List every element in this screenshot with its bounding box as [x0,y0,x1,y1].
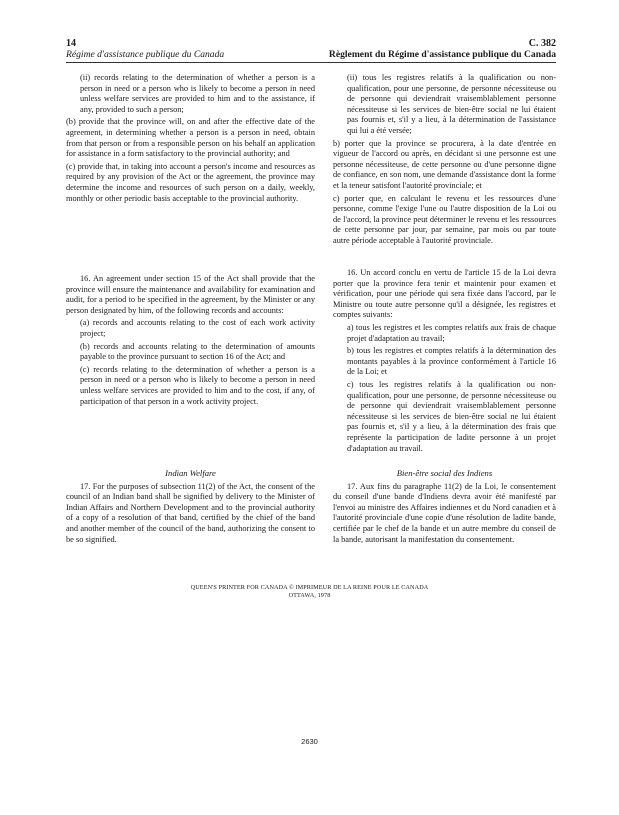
fr-section-16-a: a) tous les registres et les comptes rel… [333,323,556,344]
en-section-16-a: (a) records and accounts relating to the… [66,318,315,339]
fr-heading-indian-welfare: Bien-être social des Indiens [333,468,556,479]
fr-clause-c: c) porter que, en calculant le revenu et… [333,194,556,247]
page-number-left: 14 [66,38,328,49]
english-section-17: Indian Welfare 17. For the purposes of s… [66,468,315,545]
fr-section-16-c: c) tous les registres relatifs à la qual… [333,380,556,454]
en-section-17: 17. For the purposes of subsection 11(2)… [66,482,315,546]
french-section-16: 16. Un accord conclu en vertu de l'artic… [333,268,556,454]
chapter-number: C. 382 [327,38,556,49]
english-section-16: 16. An agreement under section 15 of the… [66,274,315,407]
header-title-left: Régime d'assistance publique du Canada [66,49,328,63]
imprint: QUEEN'S PRINTER FOR CANADA © IMPRIMEUR D… [0,584,619,600]
french-block-1: (ii) tous les registres relatifs à la qu… [333,73,556,247]
imprint-line-1: QUEEN'S PRINTER FOR CANADA © IMPRIMEUR D… [0,584,619,592]
fr-clause-ii: (ii) tous les registres relatifs à la qu… [333,73,556,137]
en-clause-c: (c) provide that, in taking into account… [66,162,315,204]
header-title-right: Règlement du Régime d'assistance publiqu… [327,49,556,63]
en-section-16-intro: 16. An agreement under section 15 of the… [66,274,315,316]
en-section-16-b: (b) records and accounts relating to the… [66,342,315,363]
fr-section-16-b: b) tous les registres et comptes relatif… [333,346,556,378]
en-clause-b: (b) provide that the province will, on a… [66,117,315,159]
fr-section-17: 17. Aux fins du paragraphe 11(2) de la L… [333,482,556,546]
en-clause-ii: (ii) records relating to the determinati… [66,73,315,115]
running-header-right: C. 382 Règlement du Régime d'assistance … [327,38,556,63]
en-heading-indian-welfare: Indian Welfare [66,468,315,479]
footer-page-number: 2630 [0,737,619,746]
en-section-16-c: (c) records relating to the determinatio… [66,365,315,407]
english-block-1: (ii) records relating to the determinati… [66,73,315,204]
imprint-line-2: OTTAWA, 1978 [0,592,619,600]
fr-clause-b: b) porter que la province se procurera, … [333,139,556,192]
running-header-left: 14 Régime d'assistance publique du Canad… [66,38,328,63]
french-section-17: Bien-être social des Indiens 17. Aux fin… [333,468,556,545]
fr-section-16-intro: 16. Un accord conclu en vertu de l'artic… [333,268,556,321]
